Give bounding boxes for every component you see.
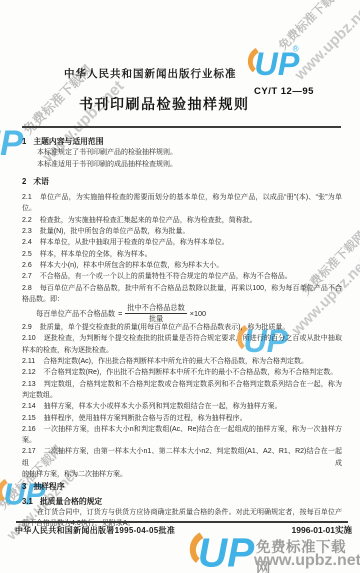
term-line: 2.12不合格判定数(Re)，作出批不合格判断样本中所不允许的最小不合格品数，称…: [22, 367, 342, 378]
term-line: 2.10逐批检查，为判断每个提交检查批的批质量是否符合规定要求，所进行的百分之百…: [22, 333, 342, 344]
term-line: 2.7不合格品，有一个或一个以上的质量特性不符合规定的单位产品，称为不合格品。: [22, 271, 342, 282]
term-line: 2.13判定数组，合格判定数和不合格判定数或合格判定数系列和不合格判定数系列结合…: [22, 379, 342, 390]
term-line: 2.5样本，样本单位的全体，称为样本。: [22, 249, 342, 260]
section-3-heading: 3抽样程序: [22, 481, 342, 492]
page-title: 书刊印刷品检验抽样规则: [79, 94, 250, 114]
term-line: 2.9批质量，单个提交检查批的质量(用每百单位产品不合格品数表示)，称为批质量。: [22, 322, 342, 333]
term-line: 样本的检查，称为逐批检查。: [22, 345, 342, 356]
term-line: 2.3批量(N)，批中所包含的单位产品数，称为批量。: [22, 226, 342, 237]
effective-date: 1996-01-01实施: [292, 524, 352, 536]
term-line: 2.11合格判定数(Ac)，作出批合格判断样本中所允许的最大不合格品数，称为合格…: [22, 356, 342, 367]
watermark-site-url-large: www.upbz.net: [254, 552, 360, 570]
paragraph: 本标准规定了书刊印刷产品的检验抽样规则。: [22, 147, 342, 158]
document-body: 1主题内容与适用范围 本标准规定了书刊印刷产品的检验抽样规则。 本标准适用于书刊…: [22, 136, 342, 530]
svg-text:UP: UP: [254, 46, 299, 82]
term-line: 案。: [22, 435, 342, 446]
section-1-heading: 1主题内容与适用范围: [22, 136, 342, 147]
term-line: 2.6样本大小(n)，样本中所包含的样本单位数，称为样本大小。: [22, 260, 342, 271]
svg-text:UP: UP: [198, 530, 255, 573]
term-line: 2.4样本单位，从批中抽取用于检查的单位产品，称为样本单位。: [22, 237, 342, 248]
upbz-logo-icon: UP ®: [244, 42, 300, 82]
standard-document-page: 免费标准下载网 www.upbz.net 免费标准下载网 www.upbz.ne…: [0, 0, 360, 573]
section-2-heading: 2术语: [22, 176, 342, 187]
paragraph: 在订货合同中，订货方与供货方应协商确定批质量合格的条件。对此无明确规定者，按每百…: [22, 507, 342, 518]
standard-org-line: 中华人民共和国新闻出版行业标准: [64, 66, 237, 81]
paragraph: 本标准适用于书刊印刷的成品抽样检查规则。: [22, 159, 342, 170]
footer-rule: [16, 521, 348, 523]
defect-rate-formula: 每百单位产品不合格品数 = 批中不合格品总数批量 ×100: [36, 305, 342, 322]
term-line: 位。: [22, 203, 342, 214]
term-line: 2.16一次抽样方案，由样本大小n和判定数组(Ac、Re)结合在一起组成的抽样方…: [22, 424, 342, 435]
term-line: 2.2检查批，为实施抽样检查汇集起来的单位产品，称为检查批，简称批。: [22, 215, 342, 226]
watermark-site-url: www.upbz.net: [292, 1, 360, 84]
term-line: 判定数组。: [22, 390, 342, 401]
term-line: 2.15抽样程序，使用抽样方案判断批合格与否的过程，称为抽样程序。: [22, 413, 342, 424]
standard-code: CY/T 12—95: [254, 86, 314, 97]
svg-text:UP: UP: [0, 125, 24, 162]
term-line: 2.8每百单位产品不合格品数，批中所有不合格品总数除以批量，再乘以100，称为每…: [22, 283, 342, 294]
upbz-logo-icon: UP: [0, 120, 24, 162]
term-line: 2.17二次抽样方案，由第一样本大小n1、第二样本大小n2、判定数组(A1、A2…: [22, 446, 342, 469]
terms-list: 2.1单位产品，为实施抽样检查的需要而划分的基本单位，称为单位产品，以成品“册”…: [22, 192, 342, 480]
section-3-1-heading: 3.1批质量合格的规定: [22, 496, 342, 507]
header-rule: [22, 126, 341, 128]
upbz-logo-icon: UP: [184, 526, 256, 573]
term-line: 2.1单位产品，为实施抽样检查的需要而划分的基本单位，称为单位产品，以成品“册”…: [22, 192, 342, 203]
term-line: 的抽样方案，称为二次抽样方案。: [22, 469, 342, 480]
registered-mark-icon: ®: [293, 45, 299, 54]
term-line: 2.14抽样方案，样本大小或样本大小系列和判定数组结合在一起，称为抽样方案。: [22, 401, 342, 412]
watermark-site-name: 免费标准下载网: [274, 0, 345, 54]
approval-line: 中华人民共和国新闻出版署1995-04-05批准: [15, 525, 175, 536]
